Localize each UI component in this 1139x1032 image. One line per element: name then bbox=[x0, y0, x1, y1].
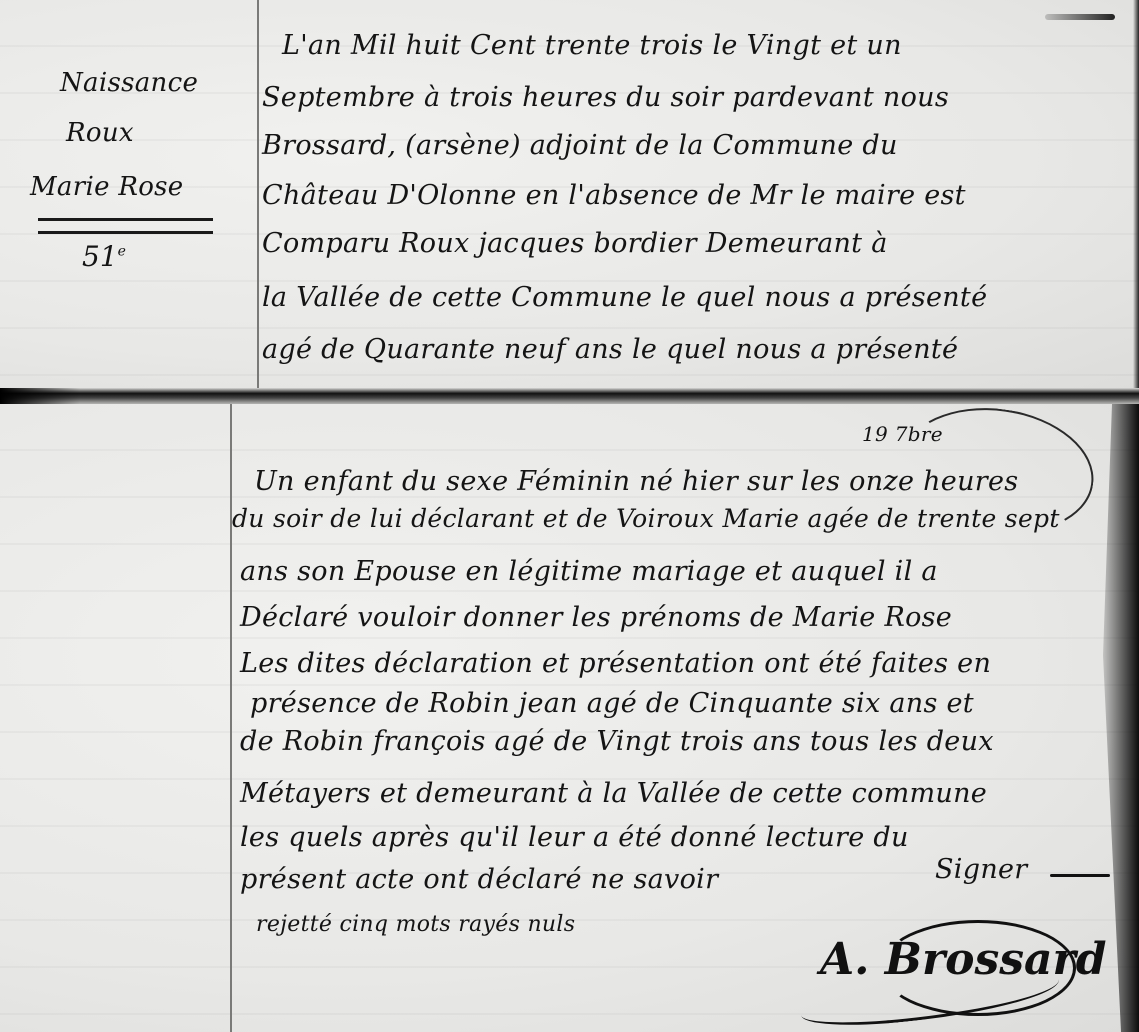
double-underline bbox=[38, 218, 213, 234]
record-line: Château D'Olonne en l'absence de Mr le m… bbox=[262, 180, 966, 211]
record-line: les quels après qu'il leur a été donné l… bbox=[240, 822, 909, 853]
record-line: Les dites déclaration et présentation on… bbox=[240, 648, 991, 679]
record-line: Septembre à trois heures du soir pardeva… bbox=[262, 82, 949, 113]
record-line: présence de Robin jean agé de Cinquante … bbox=[250, 688, 974, 719]
record-line: du soir de lui déclarant et de Voiroux M… bbox=[232, 504, 1060, 533]
margin-surname: Roux bbox=[66, 118, 134, 148]
record-fragment-top: Naissance Roux Marie Rose 51e L'an Mil h… bbox=[0, 0, 1139, 392]
signe-label: Signer bbox=[935, 854, 1028, 885]
record-line: Un enfant du sexe Féminin né hier sur le… bbox=[254, 466, 1018, 497]
margin-rule bbox=[230, 404, 232, 1032]
margin-rule bbox=[257, 0, 259, 392]
ink-stroke bbox=[1045, 14, 1115, 20]
record-line: de Robin françois agé de Vingt trois ans… bbox=[240, 726, 994, 757]
record-line: ans son Epouse en légitime mariage et au… bbox=[240, 556, 938, 587]
page-edge bbox=[1133, 0, 1139, 392]
record-line: la Vallée de cette Commune le quel nous … bbox=[262, 282, 987, 313]
record-line: Déclaré vouloir donner les prénoms de Ma… bbox=[240, 602, 952, 633]
record-line: L'an Mil huit Cent trente trois le Vingt… bbox=[282, 30, 902, 61]
margin-given-names: Marie Rose bbox=[30, 172, 183, 202]
record-line: Brossard, (arsène) adjoint de la Commune… bbox=[262, 130, 898, 161]
margin-annotation: rejetté cinq mots rayés nuls bbox=[256, 912, 575, 937]
record-line: agé de Quarante neuf ans le quel nous a … bbox=[262, 334, 958, 365]
entry-number: 51e bbox=[82, 240, 126, 273]
record-fragment-bottom: 19 7bre Un enfant du sexe Féminin né hie… bbox=[0, 404, 1139, 1032]
margin-title: Naissance bbox=[60, 68, 198, 98]
record-line: présent acte ont déclaré ne savoir bbox=[240, 864, 718, 895]
signe-dash bbox=[1050, 874, 1110, 877]
record-line: Métayers et demeurant à la Vallée de cet… bbox=[240, 778, 987, 809]
record-line: Comparu Roux jacques bordier Demeurant à bbox=[262, 228, 888, 259]
